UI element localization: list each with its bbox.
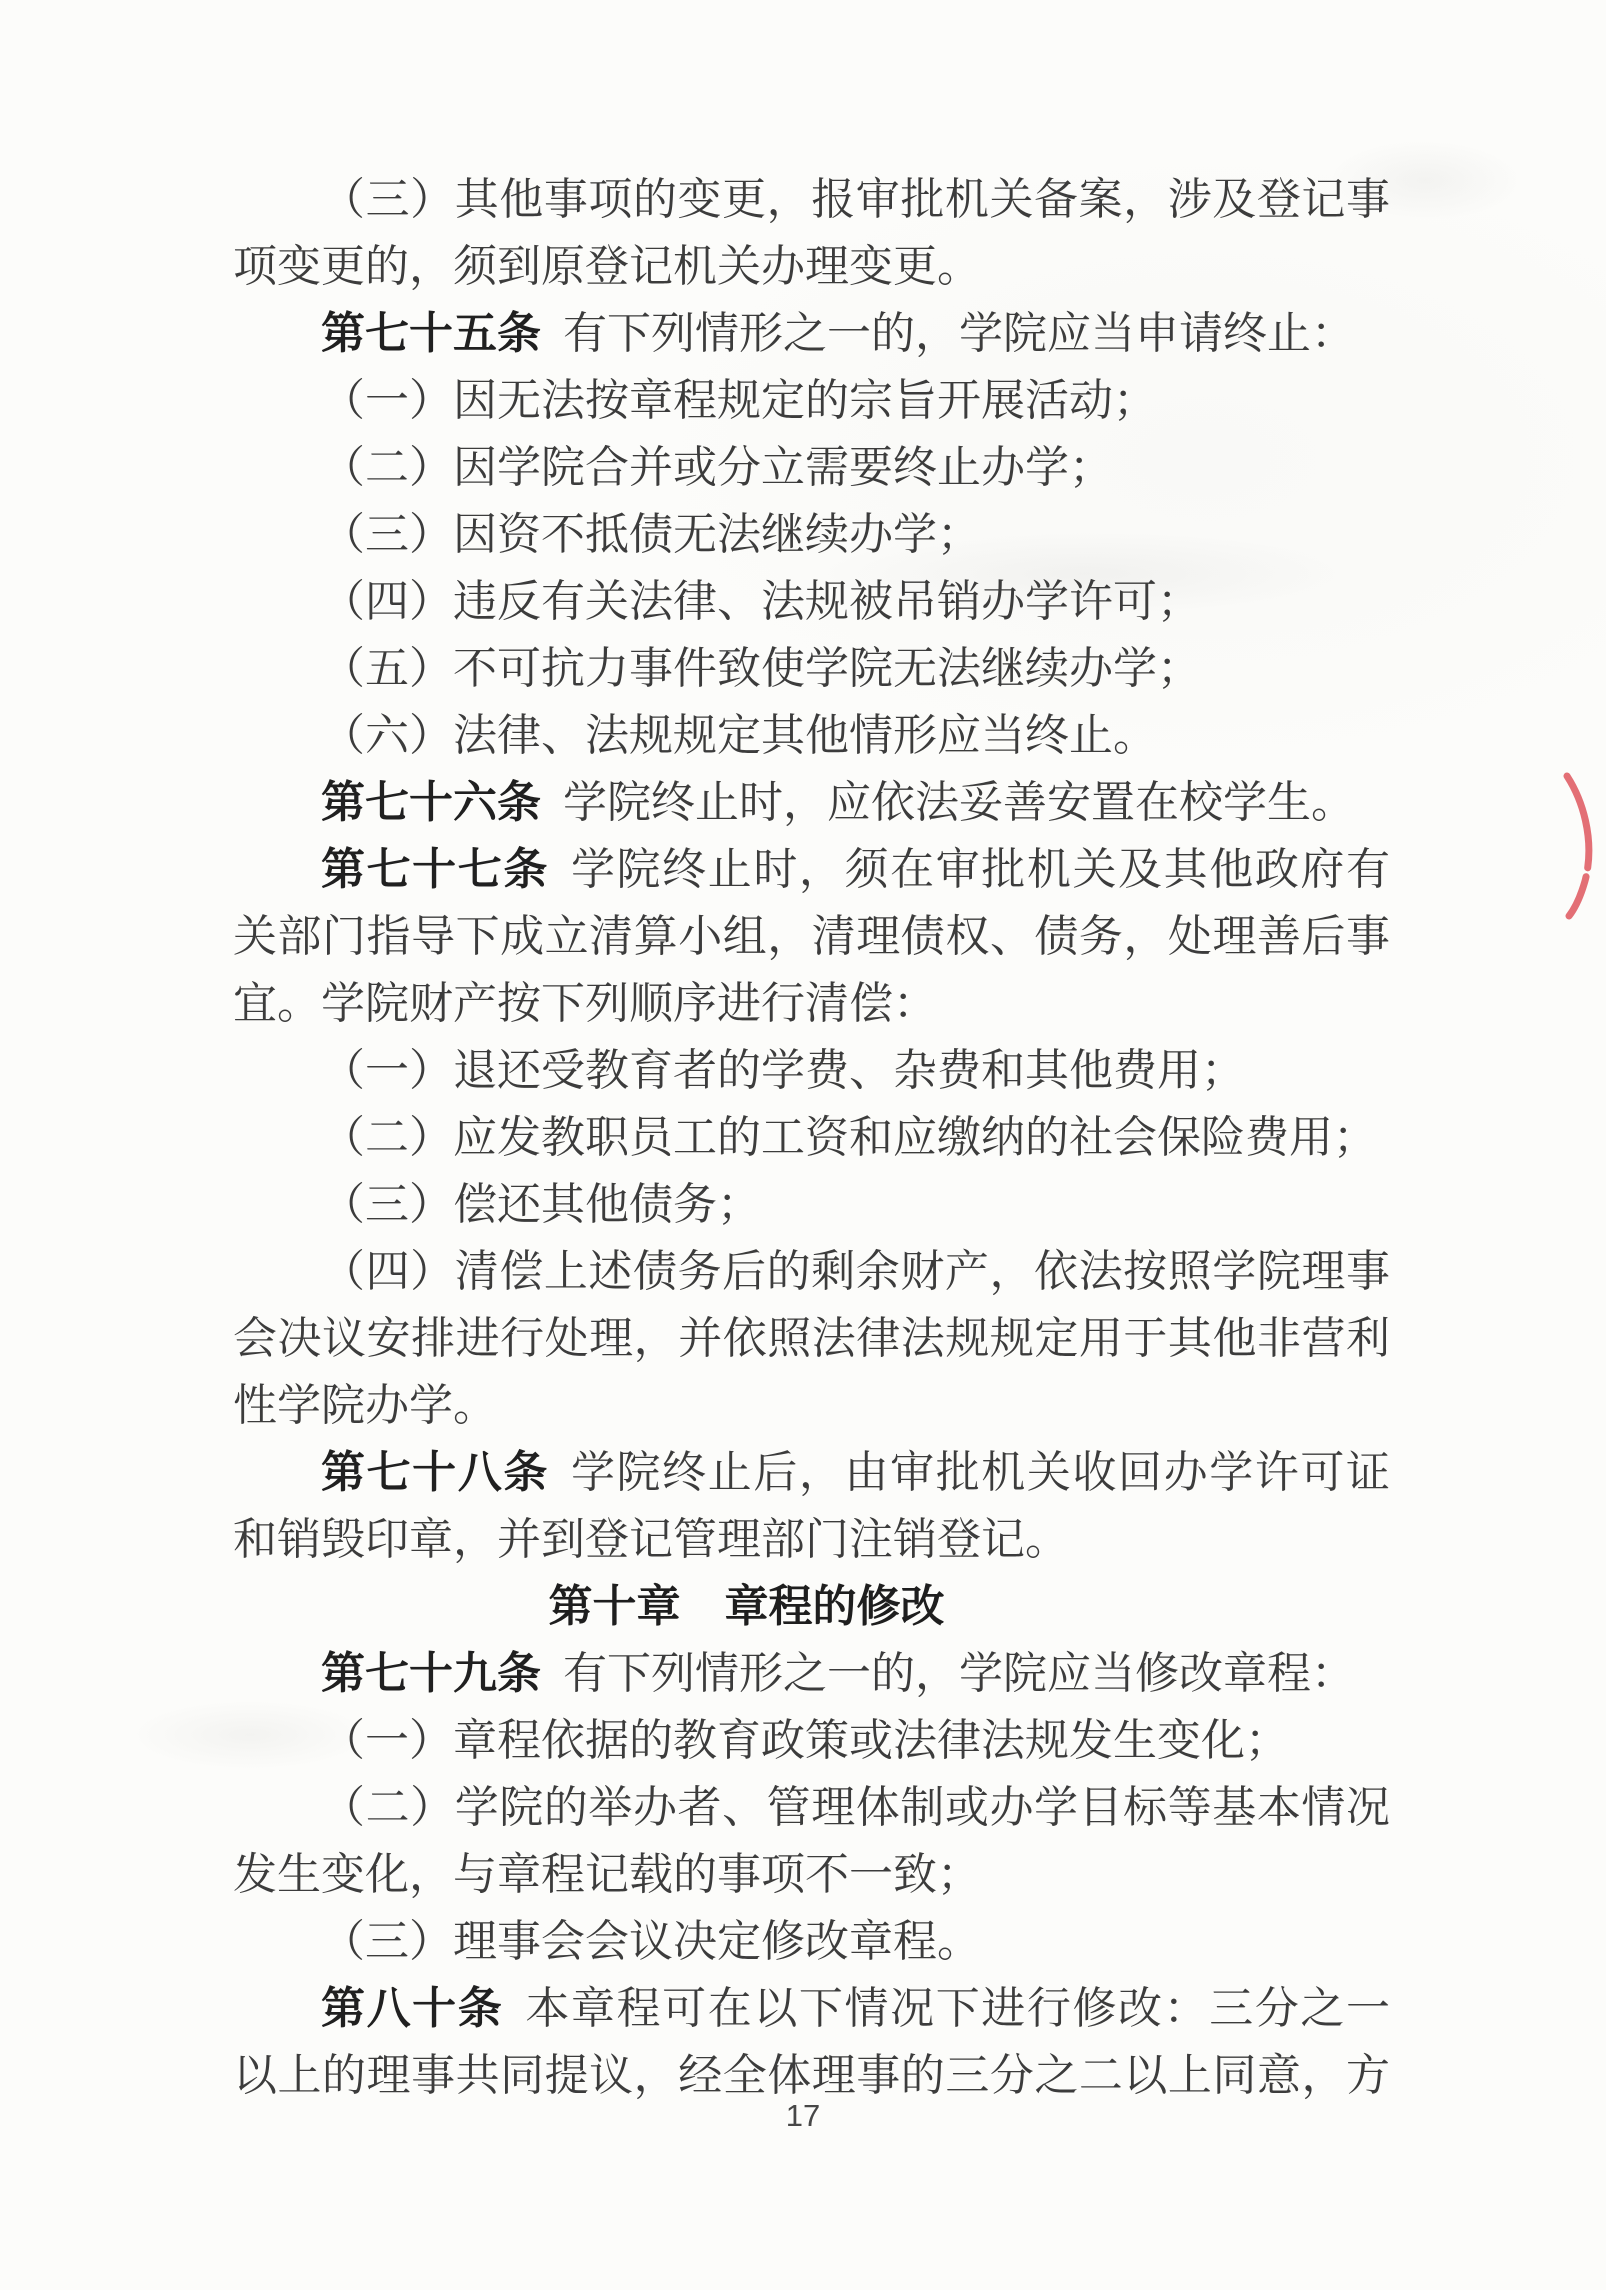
line-text: （一）退还受教育者的学费、杂费和其他费用；: [321, 1046, 1245, 1095]
text-line: （三）理事会会议决定修改章程。: [233, 1908, 1390, 1975]
line-text: （二）因学院合并或分立需要终止办学；: [321, 443, 1113, 492]
line-text: （六）法律、法规规定其他情形应当终止。: [321, 711, 1157, 760]
text-line: 发生变化，与章程记载的事项不一致；: [233, 1841, 1390, 1908]
line-text: 有下列情形之一的，学院应当申请终止：: [563, 309, 1355, 358]
line-text: 有下列情形之一的，学院应当修改章程：: [563, 1649, 1355, 1698]
text-line: （二）学院的举办者、管理体制或办学目标等基本情况: [233, 1774, 1390, 1841]
line-text: 宜。学院财产按下列顺序进行清偿：: [233, 979, 937, 1028]
text-line: 第七十五条有下列情形之一的，学院应当申请终止：: [233, 300, 1390, 367]
article-number: 第七十八条: [321, 1448, 549, 1497]
text-line: 关部门指导下成立清算小组，清理债权、债务，处理善后事: [233, 903, 1390, 970]
text-line: 和销毁印章，并到登记管理部门注销登记。: [233, 1506, 1390, 1573]
line-text: 学院终止后，由审批机关收回办学许可证: [571, 1448, 1390, 1497]
text-line: （二）应发教职员工的工资和应缴纳的社会保险费用；: [233, 1104, 1390, 1171]
text-line: （一）退还受教育者的学费、杂费和其他费用；: [233, 1037, 1390, 1104]
line-text: 会决议安排进行处理，并依照法律法规规定用于其他非营利: [233, 1314, 1390, 1363]
text-line: （三）其他事项的变更，报审批机关备案，涉及登记事: [233, 166, 1390, 233]
text-line: （三）因资不抵债无法继续办学；: [233, 501, 1390, 568]
text-line: 项变更的，须到原登记机关办理变更。: [233, 233, 1390, 300]
text-line: （一）章程依据的教育政策或法律法规发生变化；: [233, 1707, 1390, 1774]
text-line: 第七十六条学院终止时，应依法妥善安置在校学生。: [233, 769, 1390, 836]
text-line: 第七十九条有下列情形之一的，学院应当修改章程：: [233, 1640, 1390, 1707]
line-text: 本章程可在以下情况下进行修改：三分之一: [525, 1984, 1390, 2033]
text-line: 第七十八条学院终止后，由审批机关收回办学许可证: [233, 1439, 1390, 1506]
line-text: （二）学院的举办者、管理体制或办学目标等基本情况: [321, 1783, 1390, 1832]
line-text: （五）不可抗力事件致使学院无法继续办学；: [321, 644, 1201, 693]
line-text: （三）偿还其他债务；: [321, 1180, 761, 1229]
line-text: （四）清偿上述债务后的剩余财产，依法按照学院理事: [321, 1247, 1390, 1296]
line-text: 学院终止时，须在审批机关及其他政府有: [571, 845, 1390, 894]
text-line: （四）清偿上述债务后的剩余财产，依法按照学院理事: [233, 1238, 1390, 1305]
line-text: 以上的理事共同提议，经全体理事的三分之二以上同意，方: [233, 2051, 1390, 2100]
text-line: （五）不可抗力事件致使学院无法继续办学；: [233, 635, 1390, 702]
article-number: 第七十七条: [321, 845, 549, 894]
line-text: （三）理事会会议决定修改章程。: [321, 1917, 981, 1966]
text-line: 会决议安排进行处理，并依照法律法规规定用于其他非营利: [233, 1305, 1390, 1372]
article-number: 第八十条: [321, 1984, 503, 2033]
line-text: 项变更的，须到原登记机关办理变更。: [233, 242, 981, 291]
text-line: （六）法律、法规规定其他情形应当终止。: [233, 702, 1390, 769]
line-text: （一）因无法按章程规定的宗旨开展活动；: [321, 376, 1157, 425]
text-line: 性学院办学。: [233, 1372, 1390, 1439]
line-text: （四）违反有关法律、法规被吊销办学许可；: [321, 577, 1201, 626]
text-line: （一）因无法按章程规定的宗旨开展活动；: [233, 367, 1390, 434]
line-text: （三）因资不抵债无法继续办学；: [321, 510, 981, 559]
line-text: 性学院办学。: [233, 1381, 497, 1430]
page-number: 17: [0, 2098, 1606, 2134]
line-text: （一）章程依据的教育政策或法律法规发生变化；: [321, 1716, 1289, 1765]
document-body: （三）其他事项的变更，报审批机关备案，涉及登记事项变更的，须到原登记机关办理变更…: [233, 166, 1390, 2109]
line-text: 学院终止时，应依法妥善安置在校学生。: [563, 778, 1355, 827]
line-text: 关部门指导下成立清算小组，清理债权、债务，处理善后事: [233, 912, 1390, 961]
line-text: （二）应发教职员工的工资和应缴纳的社会保险费用；: [321, 1113, 1377, 1162]
red-pen-mark: [1560, 770, 1602, 922]
article-number: 第七十五条: [321, 309, 541, 358]
text-line: 第七十七条学院终止时，须在审批机关及其他政府有: [233, 836, 1390, 903]
line-text: 发生变化，与章程记载的事项不一致；: [233, 1850, 981, 1899]
line-text: 和销毁印章，并到登记管理部门注销登记。: [233, 1515, 1069, 1564]
article-number: 第七十六条: [321, 778, 541, 827]
line-text: （三）其他事项的变更，报审批机关备案，涉及登记事: [321, 175, 1390, 224]
text-line: （四）违反有关法律、法规被吊销办学许可；: [233, 568, 1390, 635]
text-line: （三）偿还其他债务；: [233, 1171, 1390, 1238]
article-number: 第七十九条: [321, 1649, 541, 1698]
text-line: （二）因学院合并或分立需要终止办学；: [233, 434, 1390, 501]
document-page: （三）其他事项的变更，报审批机关备案，涉及登记事项变更的，须到原登记机关办理变更…: [0, 0, 1606, 2290]
line-text: 第十章 章程的修改: [549, 1582, 945, 1631]
text-line: 第八十条本章程可在以下情况下进行修改：三分之一: [233, 1975, 1390, 2042]
text-line: 宜。学院财产按下列顺序进行清偿：: [233, 970, 1390, 1037]
chapter-heading: 第十章 章程的修改: [233, 1573, 1260, 1640]
